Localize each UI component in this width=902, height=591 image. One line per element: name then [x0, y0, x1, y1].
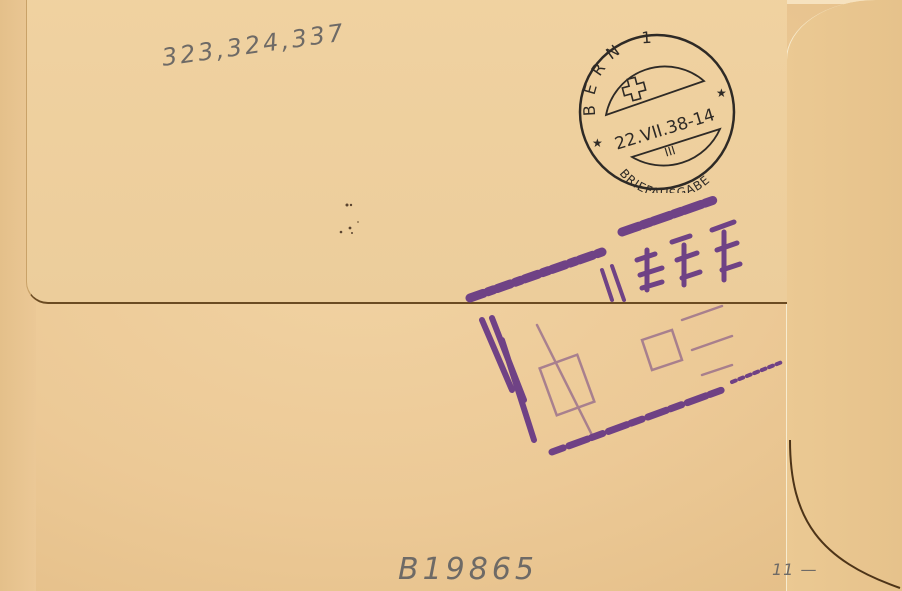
svg-text:★: ★: [716, 86, 727, 100]
bern-postmark: BERN 1 BRIEFAUSGABE 22.VII.38-14 III ★ ★: [576, 31, 738, 193]
postmark-service: BRIEFAUSGABE: [617, 166, 713, 193]
svg-text:★: ★: [592, 136, 603, 150]
pencil-note-reference: B19865: [398, 552, 538, 587]
pencil-note-mark: 11 —: [772, 560, 817, 579]
ink-specks: [338, 200, 388, 250]
svg-text:III: III: [663, 143, 677, 159]
envelope-back: 323,324,337 B19865 11 — BERN 1 BRIEFAUSG…: [0, 0, 902, 591]
swiss-cross-icon: [621, 76, 648, 103]
violet-receiving-cachet: [462, 190, 792, 480]
